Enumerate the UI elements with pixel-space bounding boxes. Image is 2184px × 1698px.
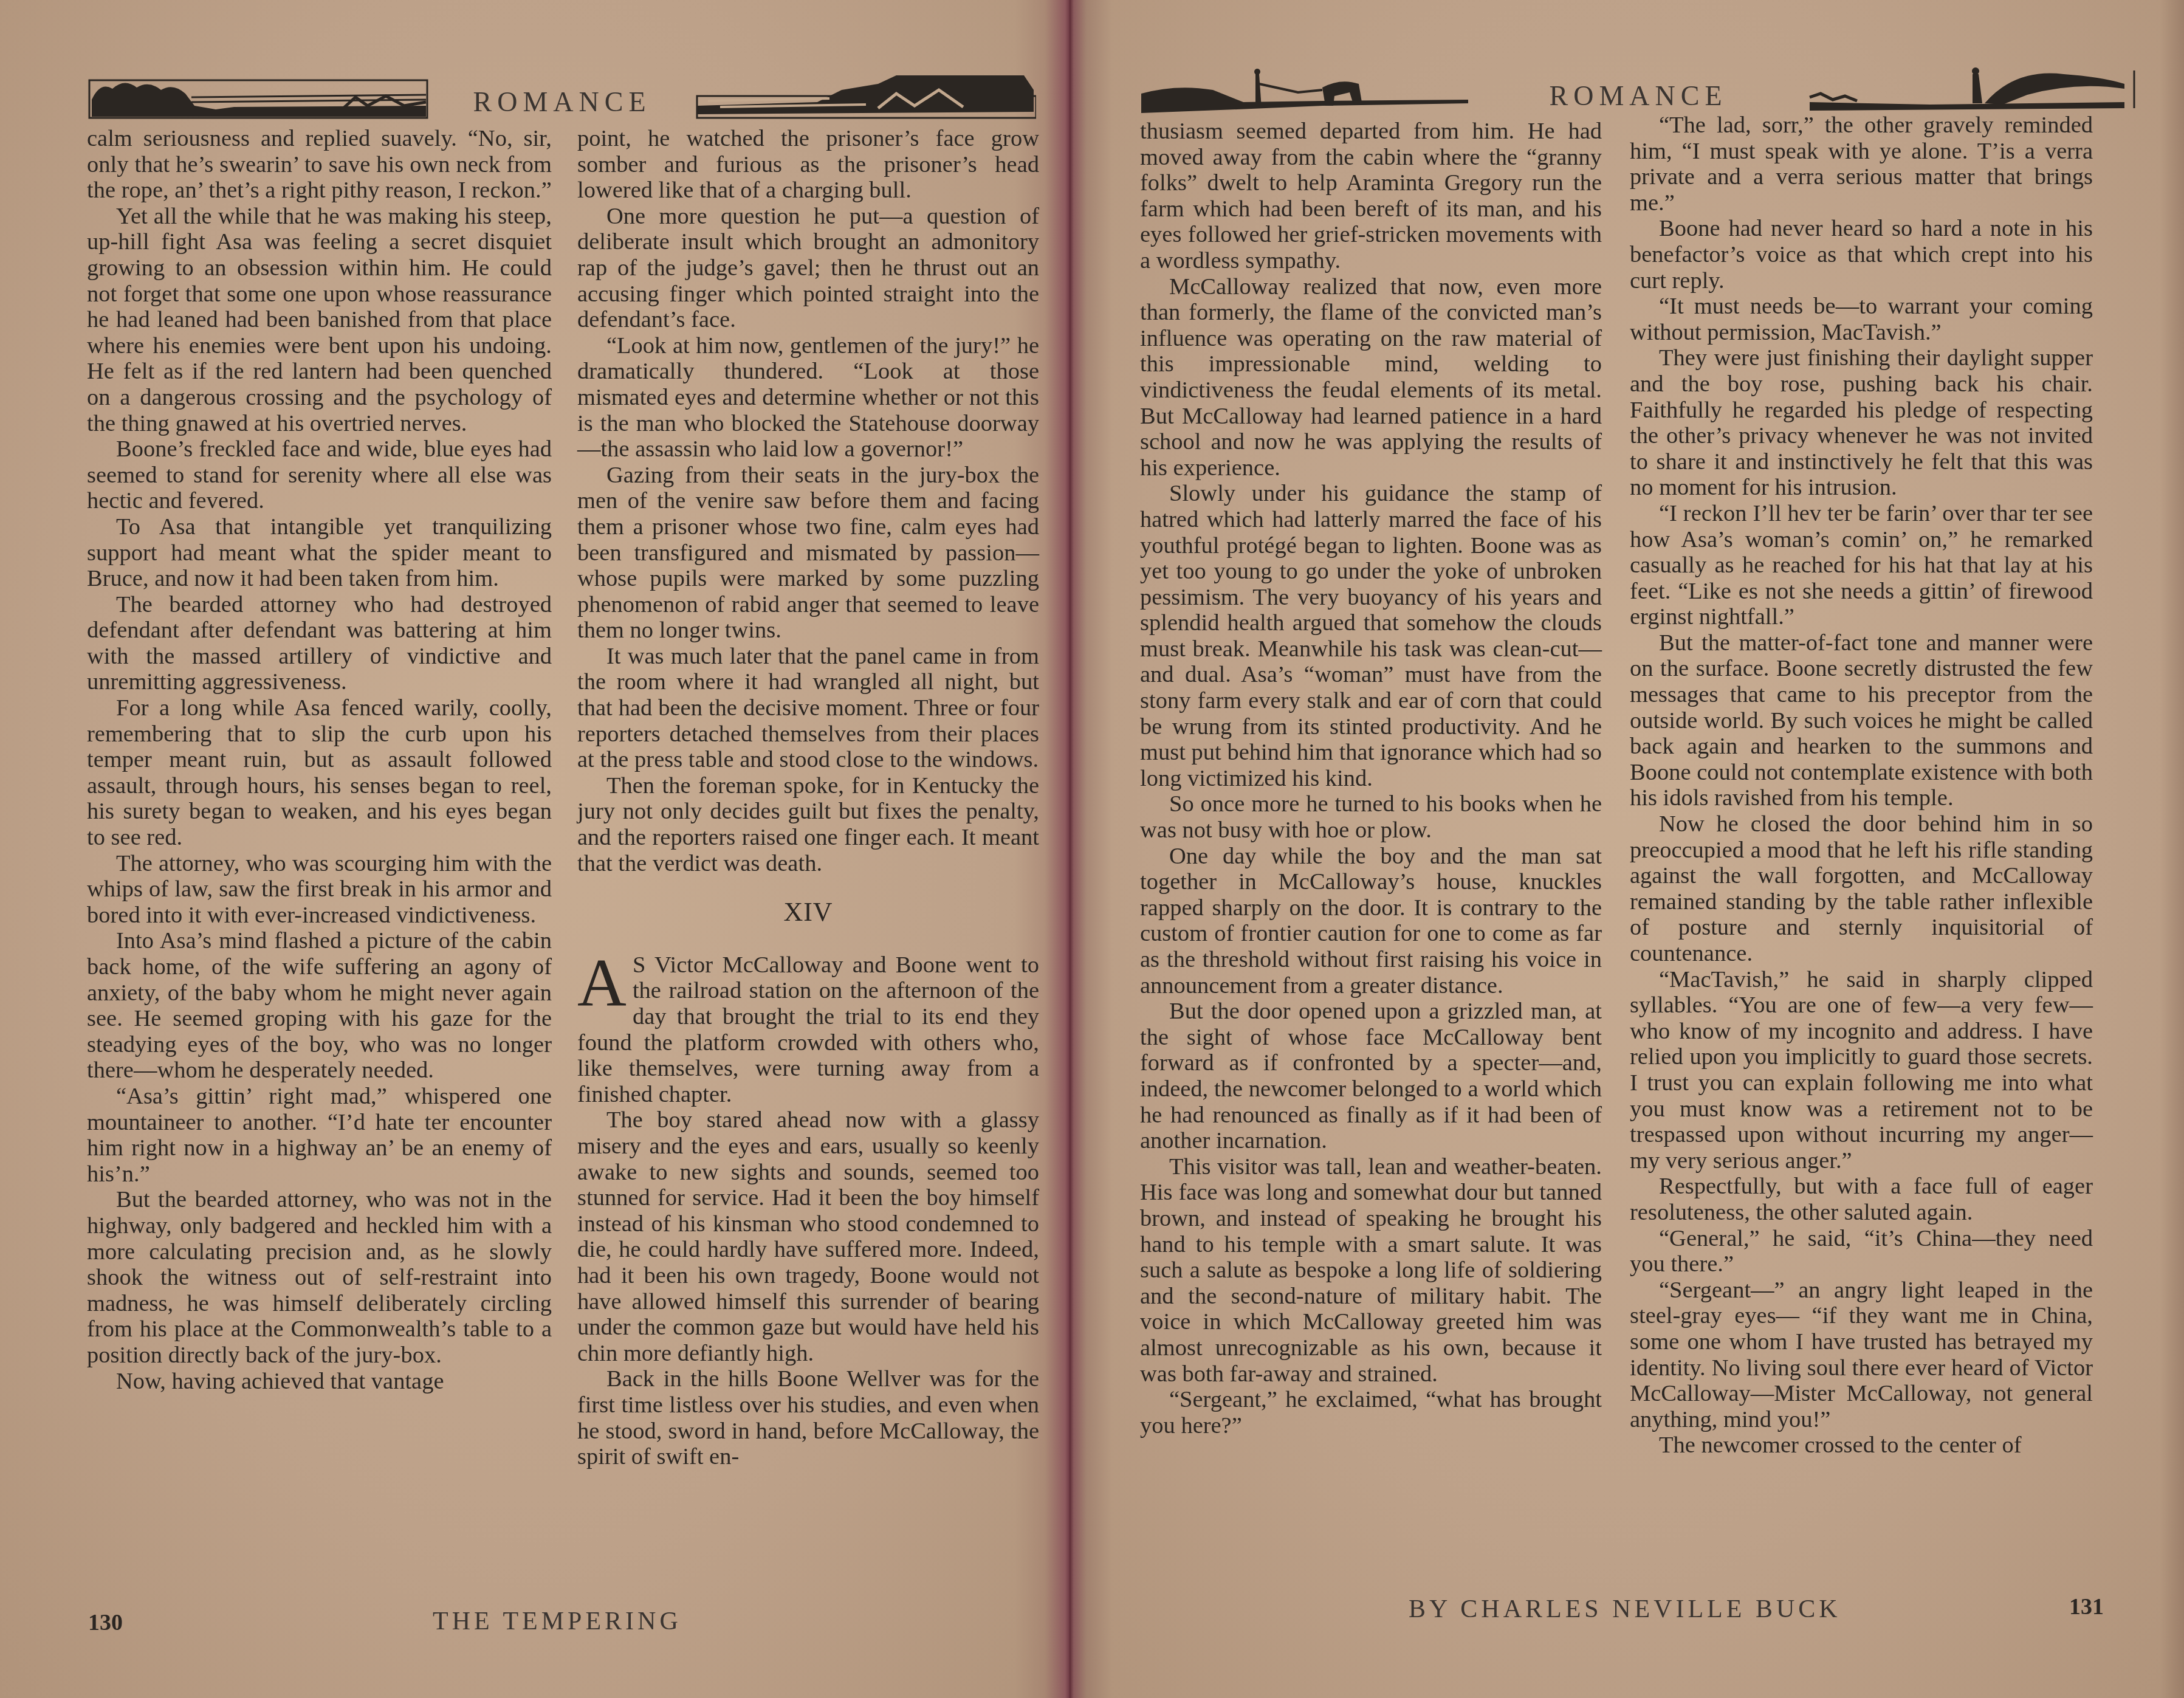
paragraph: This visitor was tall, lean and weather-… (1140, 1154, 1602, 1387)
paragraph: “The lad, sorr,” the other gravely remin… (1630, 112, 2093, 216)
farmer-hoeing-vignette-icon (1808, 66, 2137, 114)
right-page-header: ROMANCE (1140, 66, 2137, 114)
drop-cap: A (577, 956, 627, 1011)
paragraph: Boone’s freckled face and wide, blue eye… (87, 436, 552, 514)
left-page-column-1: calm seriousness and replied suavely. “N… (87, 126, 552, 1394)
paragraph: Now, having achieved that vantage (87, 1369, 552, 1395)
paragraph: One more question he put—a question of d… (577, 204, 1039, 333)
footer-author-byline: BY CHARLES NEVILLE BUCK (1409, 1595, 1841, 1624)
paragraph: “Sergeant,” he exclaimed, “what has brou… (1140, 1387, 1602, 1438)
paragraph: Into Asa’s mind flashed a picture of the… (87, 928, 552, 1084)
paragraph: “General,” he said, “it’s China—they nee… (1630, 1226, 2093, 1277)
paragraph: The attorney, who was scourging him with… (87, 851, 552, 929)
paragraph: But the door opened upon a grizzled man,… (1140, 999, 1602, 1154)
page-edge-shadow (2160, 0, 2184, 1698)
paragraph: Gazing from their seats in the jury-box … (577, 462, 1039, 644)
paragraph: Slowly under his guidance the stamp of h… (1140, 481, 1602, 791)
right-page: ROMANCE thusiasm seemed departed from hi… (1070, 0, 2184, 1698)
magazine-spread: ROMANCE calm seriousness and replied sua… (0, 0, 2184, 1698)
paragraph: The bearded attorney who had destroyed d… (87, 592, 552, 695)
paragraph: The newcomer crossed to the center of (1630, 1432, 2093, 1459)
paragraph: For a long while Asa fenced warily, cool… (87, 695, 552, 851)
paragraph: Boone had never heard so hard a note in … (1630, 216, 2093, 294)
chapter-number: XIV (577, 899, 1039, 926)
left-page-header: ROMANCE (88, 72, 1036, 120)
running-head: ROMANCE (1534, 80, 1742, 114)
paragraph: Respectfully, but with a face full of ea… (1630, 1174, 2093, 1225)
paragraph: But the matter-of-fact tone and manner w… (1630, 630, 2093, 811)
paragraph: To Asa that intangible yet tranquilizing… (87, 514, 552, 592)
left-page: ROMANCE calm seriousness and replied sua… (0, 0, 1070, 1698)
landscape-cliff-vignette-icon (696, 72, 1036, 120)
page-number-left: 130 (88, 1609, 123, 1636)
paragraph: “Sergeant—” an angry light leaped in the… (1630, 1277, 2093, 1433)
paragraph-text: S Victor McCalloway and Boone went to th… (577, 952, 1039, 1107)
paragraph: calm seriousness and replied suavely. “N… (87, 126, 552, 204)
chapter-opening-paragraph: AS Victor McCalloway and Boone went to t… (577, 952, 1039, 1108)
paragraph: It was much later that the panel came in… (577, 644, 1039, 773)
running-head: ROMANCE (458, 86, 665, 120)
paragraph: point, he watched the prisoner’s face gr… (577, 126, 1039, 204)
paragraph: “Asa’s gittin’ right mad,” whispered one… (87, 1084, 552, 1187)
paragraph: One day while the boy and the man sat to… (1140, 844, 1602, 999)
paragraph: “MacTavish,” he said in sharply clipped … (1630, 967, 2093, 1174)
right-page-column-2: “The lad, sorr,” the other gravely remin… (1630, 112, 2093, 1459)
paragraph: Yet all the while that he was making his… (87, 204, 552, 436)
paragraph: But the bearded attorney, who was not in… (87, 1187, 552, 1368)
paragraph: So once more he turned to his books when… (1140, 791, 1602, 843)
paragraph: “It must needs be—to warrant your coming… (1630, 294, 2093, 345)
farmer-plowing-vignette-icon (1140, 66, 1468, 114)
paragraph: The boy stared ahead now with a glassy m… (577, 1107, 1039, 1366)
paragraph: McCalloway realized that now, even more … (1140, 274, 1602, 481)
left-page-column-2: point, he watched the prisoner’s face gr… (577, 126, 1039, 1470)
paragraph: Then the foreman spoke, for in Kentucky … (577, 773, 1039, 876)
paragraph: They were just finishing their daylight … (1630, 345, 2093, 501)
spine-shadow-right (1070, 0, 1112, 1698)
page-number-right: 131 (2069, 1593, 2104, 1620)
paragraph: Now he closed the door behind him in so … (1630, 811, 2093, 967)
landscape-trees-vignette-icon (88, 75, 428, 120)
paragraph: Back in the hills Boone Wellver was for … (577, 1366, 1039, 1469)
paragraph: “Look at him now, gentlemen of the jury!… (577, 333, 1039, 462)
paragraph: “I reckon I’ll hev ter be farin’ over th… (1630, 501, 2093, 630)
right-page-column-1: thusiasm seemed departed from him. He ha… (1140, 119, 1602, 1438)
paragraph: thusiasm seemed departed from him. He ha… (1140, 119, 1602, 274)
footer-story-title: THE TEMPERING (433, 1607, 682, 1636)
